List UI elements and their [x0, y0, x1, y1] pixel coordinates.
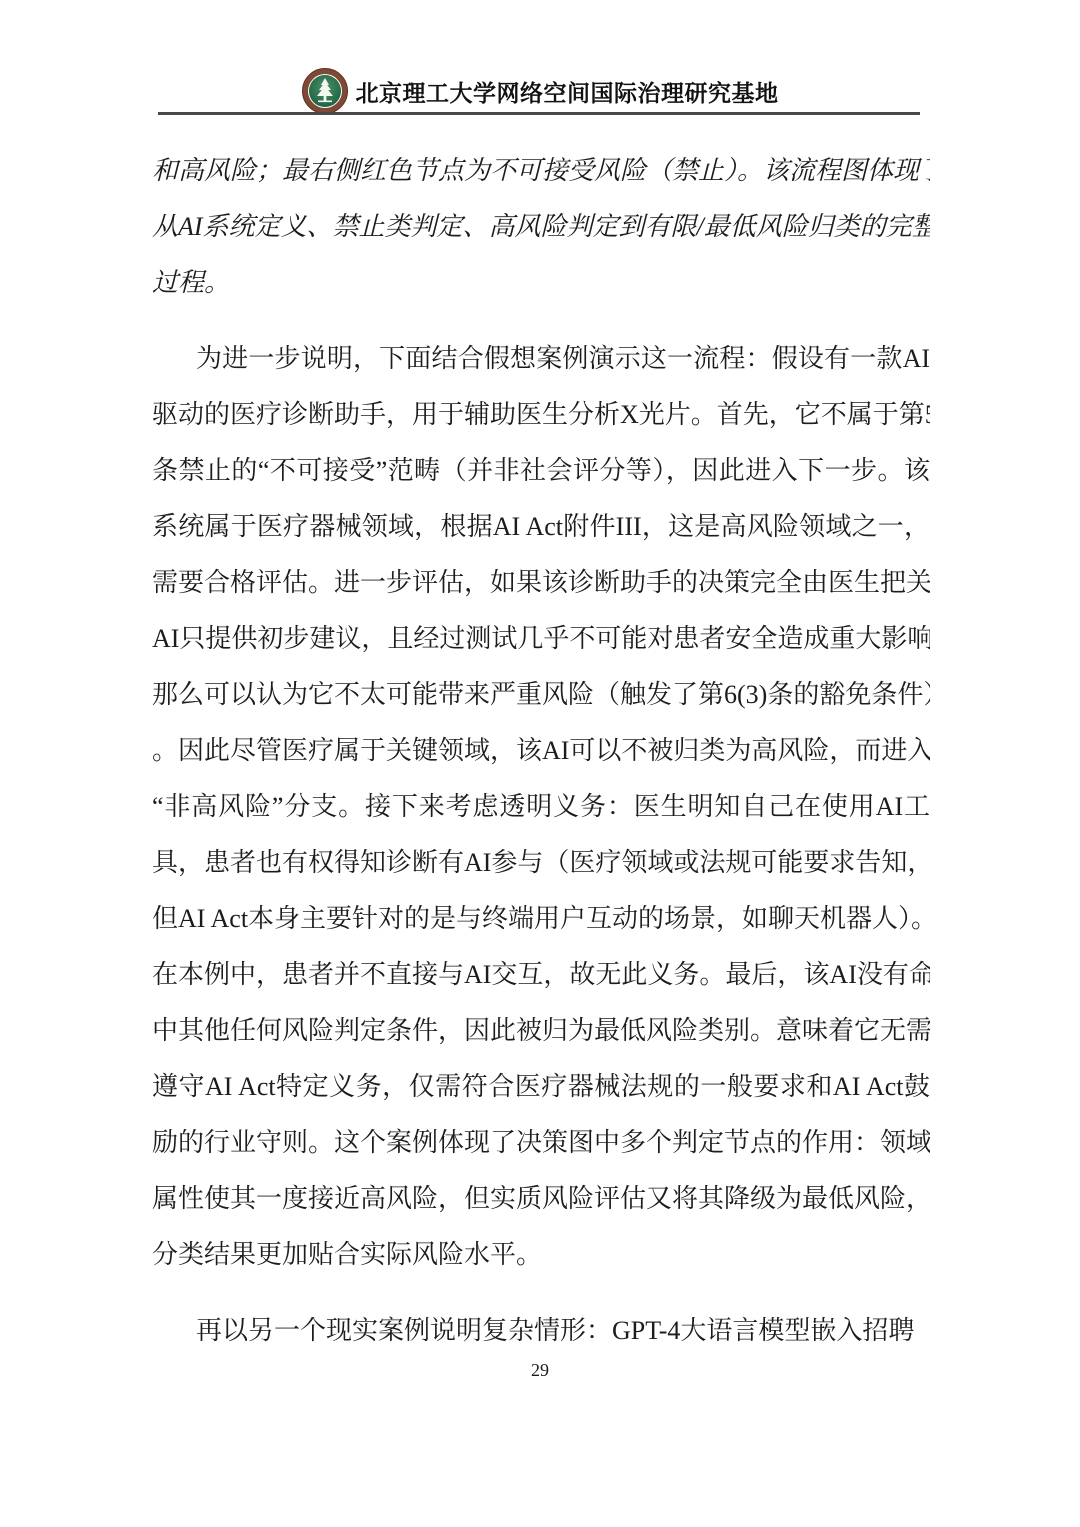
- paragraph-case-study: 为进一步说明，下面结合假想案例演示这一流程：假设有一款AI 驱动的医疗诊断助手，…: [152, 331, 930, 1283]
- page-header: 北京理工大学网络空间国际治理研究基地: [0, 68, 1080, 114]
- document-page: 北京理工大学网络空间国际治理研究基地 和高风险；最右侧红色节点为不可接受风险（禁…: [0, 0, 1080, 1527]
- text-line: 中其他任何风险判定条件，因此被归为最低风险类别。意味着它无需: [152, 1003, 930, 1059]
- text-line: 需要合格评估。进一步评估，如果该诊断助手的决策完全由医生把关，: [152, 555, 930, 611]
- text-line: 分类结果更加贴合实际风险水平。: [152, 1227, 930, 1283]
- page-number: 29: [0, 1360, 1080, 1381]
- text-line: 条禁止的“不可接受”范畴（并非社会评分等），因此进入下一步。该: [152, 443, 930, 499]
- university-logo-icon: [302, 68, 348, 114]
- text-line: 具，患者也有权得知诊断有AI参与（医疗领域或法规可能要求告知，: [152, 835, 930, 891]
- text-line: 但AI Act本身主要针对的是与终端用户互动的场景，如聊天机器人）。: [152, 891, 930, 947]
- text-line: 为进一步说明，下面结合假想案例演示这一流程：假设有一款AI: [152, 331, 930, 387]
- header-title: 北京理工大学网络空间国际治理研究基地: [356, 75, 779, 108]
- text-line: 在本例中，患者并不直接与AI交互，故无此义务。最后，该AI没有命: [152, 947, 930, 1003]
- text-line: 驱动的医疗诊断助手，用于辅助医生分析X光片。首先，它不属于第5: [152, 387, 930, 443]
- text-line: 属性使其一度接近高风险，但实质风险评估又将其降级为最低风险，: [152, 1171, 930, 1227]
- text-line: 系统属于医疗器械领域，根据AI Act附件III，这是高风险领域之一，: [152, 499, 930, 555]
- header-divider: [158, 112, 920, 115]
- text-line: 从AI系统定义、禁止类判定、高风险判定到有限/最低风险归类的完整: [152, 199, 930, 255]
- text-line: 再以另一个现实案例说明复杂情形：GPT-4大语言模型嵌入招聘: [152, 1303, 930, 1359]
- text-line: “非高风险”分支。接下来考虑透明义务：医生明知自己在使用AI工: [152, 779, 930, 835]
- text-line: 。因此尽管医疗属于关键领域，该AI可以不被归类为高风险，而进入: [152, 723, 930, 779]
- text-line: 遵守AI Act特定义务，仅需符合医疗器械法规的一般要求和AI Act鼓: [152, 1059, 930, 1115]
- text-line: 励的行业守则。这个案例体现了决策图中多个判定节点的作用：领域: [152, 1115, 930, 1171]
- paragraph-continuation: 和高风险；最右侧红色节点为不可接受风险（禁止）。该流程图体现了 从AI系统定义、…: [152, 143, 930, 311]
- text-line: 过程。: [152, 255, 930, 311]
- text-line: 那么可以认为它不太可能带来严重风险（触发了第6(3)条的豁免条件）: [152, 667, 930, 723]
- text-line: AI只提供初步建议，且经过测试几乎不可能对患者安全造成重大影响，: [152, 611, 930, 667]
- paragraph-next-case: 再以另一个现实案例说明复杂情形：GPT-4大语言模型嵌入招聘: [152, 1303, 930, 1359]
- text-line: 和高风险；最右侧红色节点为不可接受风险（禁止）。该流程图体现了: [152, 143, 930, 199]
- document-body: 和高风险；最右侧红色节点为不可接受风险（禁止）。该流程图体现了 从AI系统定义、…: [152, 143, 930, 1379]
